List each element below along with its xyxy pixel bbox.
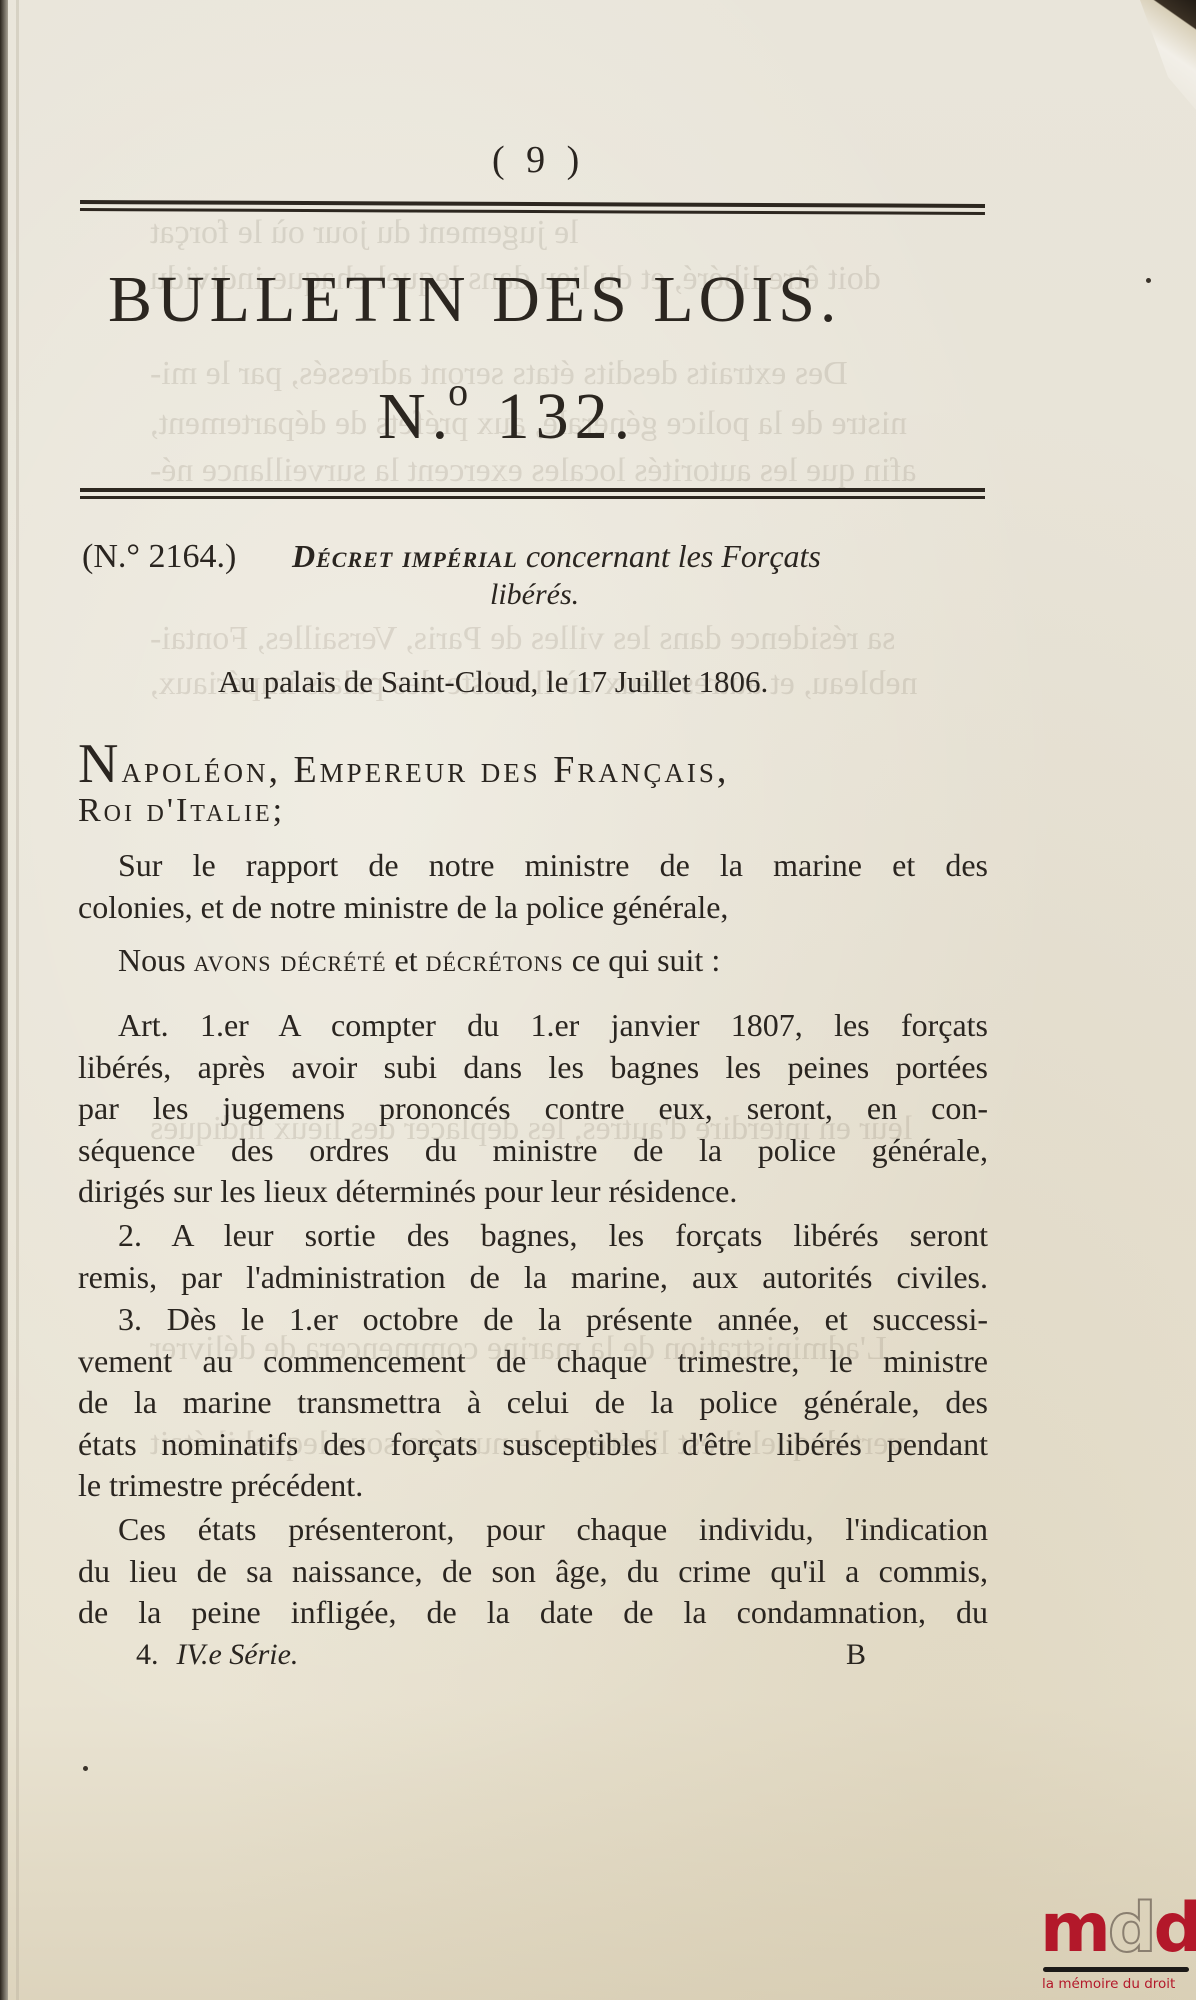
page-number: ( 9 ): [492, 138, 585, 182]
header-double-rule: [80, 200, 985, 215]
decree-title-line2: libérés.: [490, 578, 579, 612]
enacting-prefix: Nous: [118, 942, 186, 978]
enacting-suffix: ce qui suit :: [572, 942, 720, 978]
text-line: le trimestre précédent.: [78, 1465, 988, 1507]
drop-initial: N: [78, 733, 121, 795]
text-line: 3. Dès le 1.er octobre de la présente an…: [78, 1299, 988, 1341]
decree-number: (N.° 2164.): [82, 538, 236, 576]
text-line: dirigés sur les lieux déterminés pour le…: [78, 1171, 988, 1213]
paper-speck: [1146, 278, 1151, 283]
decree-title: Décret impérial concernant les Forçats: [292, 538, 821, 575]
article-1: Art. 1.er A compter du 1.er janvier 1807…: [78, 1005, 988, 1213]
enacting-sc2: décrétons: [426, 942, 564, 978]
issue-degree: o: [448, 369, 474, 414]
text-line: de la peine infligée, de la date de la c…: [78, 1592, 988, 1634]
text-line: 2. A leur sortie des bagnes, les forçats…: [78, 1215, 988, 1257]
enacting-sc1: avons décrété: [194, 942, 387, 978]
issue-value: 132.: [497, 380, 637, 453]
decree-title-rest: concernant les Forçats: [526, 538, 821, 574]
publication-title: BULLETIN DES LOIS.: [108, 262, 841, 338]
paper-speck: [83, 1766, 88, 1771]
sovereign-name: Napoléon, Empereur des Français,: [78, 732, 729, 796]
text-line: libérés, après avoir subi dans les bagne…: [78, 1047, 988, 1089]
logo-wordmark: mdd: [1040, 1893, 1192, 1965]
text-line: Ces états présenteront, pour chaque indi…: [78, 1509, 988, 1551]
text-line: par les jugemens prononcés contre eux, s…: [78, 1088, 988, 1130]
sovereign-second-title: Roi d'Italie;: [78, 792, 285, 830]
gathering-letter: B: [846, 1638, 866, 1672]
binding-edge: [0, 0, 8, 2000]
scanned-page: le jugement du jour où le forçat doit êt…: [0, 0, 1196, 2000]
sovereign-name-rest: apoléon: [121, 749, 268, 791]
text-line: de la marine transmettra à celui de la p…: [78, 1382, 988, 1424]
logo-tagline: la mémoire du droit: [1042, 1976, 1175, 1992]
series-label: IV.e Série.: [177, 1638, 299, 1671]
text-line: du lieu de sa naissance, de son âge, du …: [78, 1551, 988, 1593]
text-line: séquence des ordres du ministre de la po…: [78, 1130, 988, 1172]
text-line: états nominatifs des forçats susceptible…: [78, 1424, 988, 1466]
text-line: remis, par l'administration de la marine…: [78, 1257, 988, 1299]
enacting-mid: et: [395, 942, 418, 978]
text-line: colonies, et de notre ministre de la pol…: [78, 887, 988, 929]
text-line: Sur le rapport de notre ministre de la m…: [78, 845, 988, 887]
article-2: 2. A leur sortie des bagnes, les forçats…: [78, 1215, 988, 1298]
page-fold: [16, 0, 19, 2000]
sheet-number: 4.: [136, 1638, 159, 1671]
issue-prefix: N.: [378, 380, 454, 453]
preamble-text: Sur le rapport de notre ministre de la m…: [78, 845, 988, 928]
article-3: 3. Dès le 1.er octobre de la présente an…: [78, 1299, 988, 1507]
dateline: Au palais de Saint-Cloud, le 17 Juillet …: [218, 664, 768, 700]
sovereign-title: , Empereur des Français,: [268, 749, 729, 791]
signature-mark: 4.IV.e Série.: [136, 1638, 298, 1672]
logo-letter-m: m: [1040, 1889, 1108, 1968]
text-line: Art. 1.er A compter du 1.er janvier 1807…: [78, 1005, 988, 1047]
title-double-rule: [80, 488, 985, 499]
enacting-clause: Nous avons décrété et décrétons ce qui s…: [78, 940, 988, 982]
issue-number: N.o 132.: [378, 378, 636, 455]
torn-corner: [1126, 0, 1196, 110]
article-3-continued: Ces états présenteront, pour chaque indi…: [78, 1509, 988, 1634]
mdd-logo: mdd la mémoire du droit: [1040, 1893, 1192, 1998]
logo-underline: [1043, 1967, 1189, 1972]
decree-title-small-caps: Décret impérial: [292, 538, 518, 574]
text-line: vement au commencement de chaque trimest…: [78, 1341, 988, 1383]
logo-letter-d: d: [1154, 1889, 1196, 1968]
logo-letter-d-outline: d: [1108, 1889, 1154, 1968]
